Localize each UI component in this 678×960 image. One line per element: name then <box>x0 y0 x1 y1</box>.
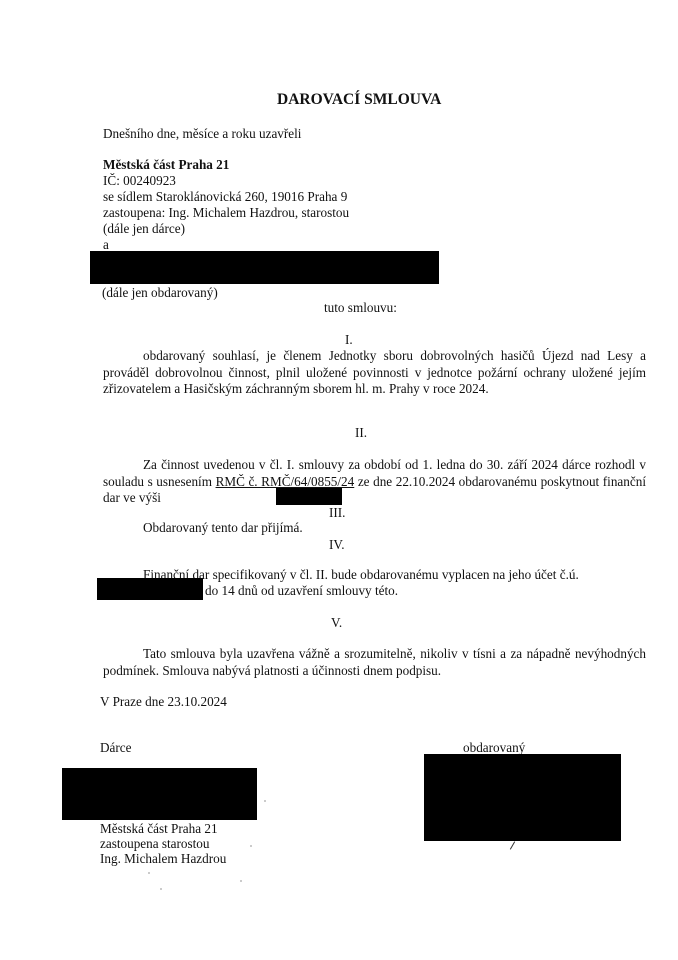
intro-text: Dnešního dne, měsíce a roku uzavřeli <box>103 126 301 142</box>
redacted-account-number <box>97 578 203 600</box>
section-5-number: V. <box>331 615 342 631</box>
section-5-body: Tato smlouva byla uzavřena vážně a srozu… <box>103 646 646 678</box>
section-4-line2: do 14 dnů od uzavření smlouvy této. <box>205 583 398 599</box>
stamp-speck <box>264 800 266 802</box>
contract-phrase: tuto smlouvu: <box>324 300 397 316</box>
donor-signature-line-3: Ing. Michalem Hazdrou <box>100 851 226 867</box>
section-4-number: IV. <box>329 537 345 553</box>
donor-ic: IČ: 00240923 <box>103 173 176 189</box>
redacted-donor-signature <box>62 768 257 820</box>
section-2-text: Za činnost uvedenou v čl. I. smlouvy za … <box>103 457 646 507</box>
donor-address: se sídlem Staroklánovická 260, 19016 Pra… <box>103 189 347 205</box>
section-1-text: obdarovaný souhlasí, je členem Jednotky … <box>103 348 646 398</box>
section-4-line1: Finanční dar specifikovaný v čl. II. bud… <box>143 567 579 583</box>
signature-stroke <box>510 841 515 849</box>
redacted-recipient-identity <box>90 251 439 284</box>
donor-signature-line-2: zastoupena starostou <box>100 836 210 852</box>
donor-represented: zastoupena: Ing. Michalem Hazdrou, staro… <box>103 205 349 221</box>
stamp-speck <box>250 845 252 847</box>
donor-signature-label: Dárce <box>100 740 131 756</box>
stamp-speck <box>148 872 150 874</box>
document-title: DAROVACÍ SMLOUVA <box>277 92 441 108</box>
section-2-resolution: RMČ č. RMČ/64/0855/24 <box>216 474 355 489</box>
section-3-text: Obdarovaný tento dar přijímá. <box>143 520 303 536</box>
stamp-speck <box>240 880 242 882</box>
donor-signature-line-1: Městská část Praha 21 <box>100 821 218 837</box>
stamp-speck <box>160 888 162 890</box>
redacted-amount <box>276 488 342 505</box>
redacted-recipient-signature <box>424 754 621 841</box>
donor-name: Městská část Praha 21 <box>103 157 229 173</box>
section-5-text: Tato smlouva byla uzavřena vážně a srozu… <box>103 646 646 679</box>
section-1-number: I. <box>345 332 353 348</box>
section-1-body: obdarovaný souhlasí, je členem Jednotky … <box>103 348 646 396</box>
recipient-alias: (dále jen obdarovaný) <box>102 285 218 301</box>
donor-alias: (dále jen dárce) <box>103 221 185 237</box>
place-date: V Praze dne 23.10.2024 <box>100 694 227 710</box>
section-2-number: II. <box>355 425 367 441</box>
section-3-number: III. <box>329 505 345 521</box>
